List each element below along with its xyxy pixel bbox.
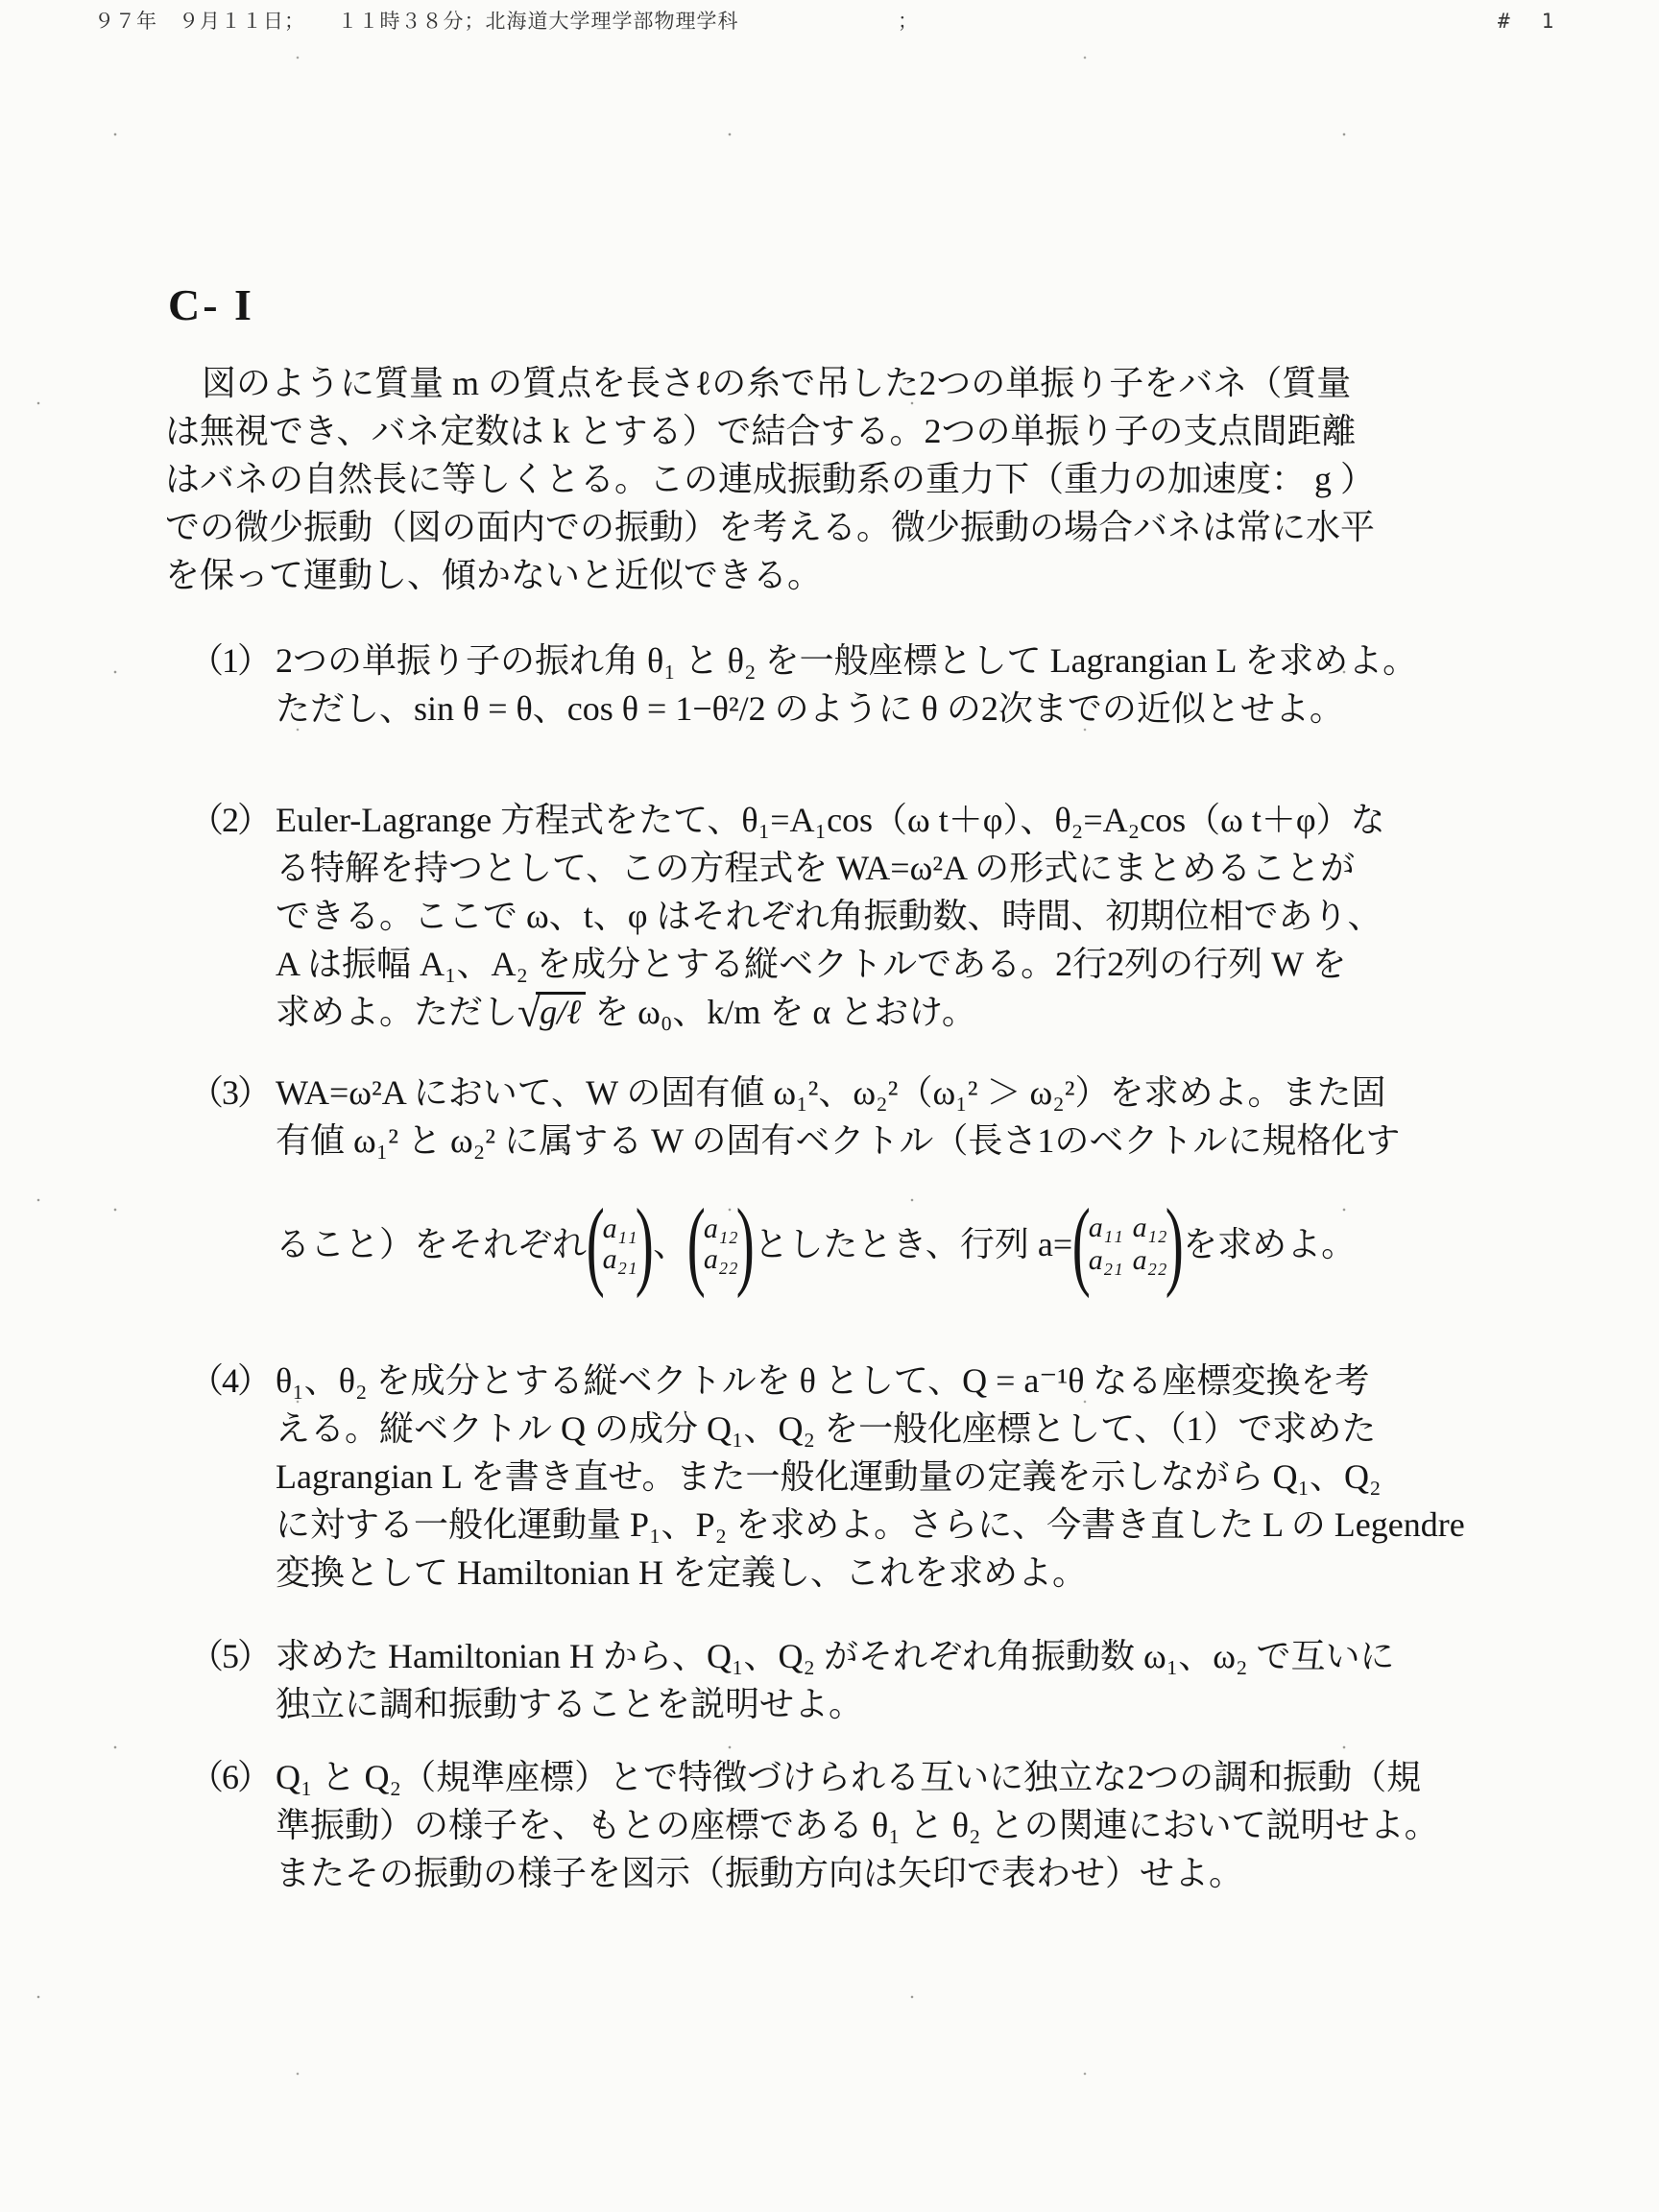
- intro-paragraph: 図のように質量 m の質点を長さℓの糸で吊した2つの単振り子をバネ（質量 は無視…: [165, 359, 1375, 599]
- problem-3-text: WA=ω²A において、W の固有値 ω₁²、ω₂²（ω₁² ＞ ω₂²）を求め…: [276, 1073, 1386, 1112]
- left-paren: (: [587, 1202, 605, 1286]
- problem-6-number: （6）: [189, 1753, 276, 1801]
- problem-1: （1）2つの単振り子の振れ角 θ₁ と θ₂ を一般座標として Lagrangi…: [189, 637, 1417, 733]
- problem-6-text: Q₁ と Q₂（規準座標）とで特徴づけられる互いに独立な2つの調和振動（規: [276, 1758, 1421, 1796]
- right-paren: ): [1165, 1202, 1183, 1286]
- vector-1-bottom: a₂₁: [603, 1244, 637, 1275]
- matrix-line-pre: ること）をそれぞれ: [276, 1220, 587, 1268]
- problem-5-text: 求めた Hamiltonian H から、Q₁、Q₂ がそれぞれ角振動数 ω₁、…: [276, 1637, 1395, 1675]
- sqrt-line-post: を ω₀、k/m を α とおけ。: [586, 993, 976, 1031]
- problem-3-matrix-line: ること）をそれぞれ (a₁₁a₂₁) 、 (a₁₂a₂₂) としたとき、行列 a…: [189, 1191, 1400, 1297]
- problem-6-line-2: 準振動）の様子を、もとの座標である θ₁ と θ₂ との関連において説明せよ。: [189, 1801, 1439, 1849]
- vector-separator: 、: [653, 1220, 687, 1268]
- vector-2-bottom: a₂₂: [704, 1244, 738, 1275]
- fax-header-separator: ；: [898, 6, 919, 35]
- problem-1-number: （1）: [189, 637, 276, 685]
- sqrt-line-pre: 求めよ。ただし: [276, 993, 517, 1031]
- left-paren: (: [687, 1202, 706, 1286]
- problem-1-line-2: ただし、sin θ = θ、cos θ = 1−θ²/2 のように θ の2次ま…: [189, 685, 1417, 733]
- matrix-line-mid: としたとき、行列 a=: [754, 1220, 1072, 1268]
- matrix-line-post: を求めよ。: [1183, 1220, 1356, 1268]
- problem-1-line-1: （1）2つの単振り子の振れ角 θ₁ と θ₂ を一般座標として Lagrangi…: [189, 637, 1417, 685]
- right-paren: ): [635, 1202, 653, 1286]
- matrix-a-r2c2: a₂₂: [1133, 1245, 1167, 1276]
- problem-2-line-2: る特解を持つとして、この方程式を WA=ω²A の形式にまとめることが: [189, 844, 1385, 892]
- problem-6-line-1: （6）Q₁ と Q₂（規準座標）とで特徴づけられる互いに独立な2つの調和振動（規: [189, 1753, 1439, 1801]
- matrix-a-r1c2: a₁₂: [1133, 1213, 1167, 1243]
- problem-2: （2）Euler-Lagrange 方程式をたて、θ₁=A₁cos（ω t＋φ）…: [189, 796, 1385, 1036]
- problem-4-line-1: （4）θ₁、θ₂ を成分とする縦ベクトルを θ として、Q = a⁻¹θ なる座…: [189, 1357, 1465, 1405]
- problem-4-line-2: える。縦ベクトル Q の成分 Q₁、Q₂ を一般化座標として、（1）で求めた: [189, 1405, 1465, 1453]
- intro-line-1: 図のように質量 m の質点を長さℓの糸で吊した2つの単振り子をバネ（質量: [165, 359, 1375, 407]
- problem-2-text: Euler-Lagrange 方程式をたて、θ₁=A₁cos（ω t＋φ）、θ₂…: [276, 801, 1385, 839]
- right-paren: ): [735, 1202, 754, 1286]
- vector-2-top: a₁₂: [704, 1214, 738, 1244]
- scanned-exam-page: ９７年 ９月１１日； １１時３８分；北海道大学理学部物理学科 ； # 1 C- …: [0, 0, 1659, 2212]
- problem-6-line-3: またその振動の様子を図示（振動方向は矢印で表わせ）せよ。: [189, 1849, 1439, 1897]
- problem-set-title: C- I: [168, 283, 254, 327]
- fax-page-number: # 1: [1498, 6, 1559, 35]
- sqrt-expression: √g/ℓ: [517, 988, 586, 1036]
- problem-4-line-3: Lagrangian L を書き直せ。また一般化運動量の定義を示しながら Q₁、…: [189, 1453, 1465, 1501]
- intro-line-3: はバネの自然長に等しくとる。この連成振動系の重力下（重力の加速度： g ）: [165, 455, 1375, 503]
- eigenvector-2: (a₁₂a₂₂): [689, 1202, 752, 1286]
- problem-5-line-1: （5）求めた Hamiltonian H から、Q₁、Q₂ がそれぞれ角振動数 …: [189, 1632, 1395, 1680]
- eigenvector-1: (a₁₁a₂₁): [589, 1202, 651, 1286]
- problem-3-line-1: （3）WA=ω²A において、W の固有値 ω₁²、ω₂²（ω₁² ＞ ω₂²）…: [189, 1069, 1400, 1117]
- intro-line-5: を保って運動し、傾かないと近似できる。: [165, 551, 1375, 599]
- problem-2-line-1: （2）Euler-Lagrange 方程式をたて、θ₁=A₁cos（ω t＋φ）…: [189, 796, 1385, 844]
- problem-2-number: （2）: [189, 796, 276, 844]
- intro-line-2: は無視でき、バネ定数は k とする）で結合する。2つの単振り子の支点間距離: [165, 407, 1375, 455]
- intro-line-4: での微少振動（図の面内での振動）を考える。微少振動の場合バネは常に水平: [165, 503, 1375, 551]
- problem-5-line-2: 独立に調和振動することを説明せよ。: [189, 1680, 1395, 1728]
- problem-4-line-5: 変換として Hamiltonian H を定義し、これを求めよ。: [189, 1549, 1465, 1597]
- problem-4: （4）θ₁、θ₂ を成分とする縦ベクトルを θ として、Q = a⁻¹θ なる座…: [189, 1357, 1465, 1597]
- problem-5-number: （5）: [189, 1632, 276, 1680]
- problem-3-number: （3）: [189, 1069, 276, 1117]
- problem-2-line-4: A は振幅 A₁、A₂ を成分とする縦ベクトルである。2行2列の行列 W を: [189, 940, 1385, 988]
- radicand: g/ℓ: [536, 992, 586, 1029]
- problem-4-line-4: に対する一般化運動量 P₁、P₂ を求めよ。さらに、今書き直した L の Leg…: [189, 1501, 1465, 1549]
- problem-1-text: 2つの単振り子の振れ角 θ₁ と θ₂ を一般座標として Lagrangian …: [276, 641, 1417, 680]
- matrix-a: (a₁₁a₁₂a₂₁a₂₂): [1074, 1202, 1181, 1286]
- problem-4-text: θ₁、θ₂ を成分とする縦ベクトルを θ として、Q = a⁻¹θ なる座標変換…: [276, 1361, 1369, 1400]
- left-paren: (: [1072, 1202, 1091, 1286]
- radical-sign: √: [517, 997, 541, 1029]
- problem-5: （5）求めた Hamiltonian H から、Q₁、Q₂ がそれぞれ角振動数 …: [189, 1632, 1395, 1728]
- problem-2-sqrt-line: 求めよ。ただし√g/ℓ を ω₀、k/m を α とおけ。: [189, 988, 1385, 1036]
- problem-2-line-3: できる。ここで ω、t、φ はそれぞれ角振動数、時間、初期位相であり、: [189, 892, 1385, 940]
- problem-3: （3）WA=ω²A において、W の固有値 ω₁²、ω₂²（ω₁² ＞ ω₂²）…: [189, 1069, 1400, 1297]
- matrix-a-r1c1: a₁₁: [1089, 1213, 1123, 1243]
- fax-date-station: ９７年 ９月１１日； １１時３８分；北海道大学理学部物理学科: [94, 6, 739, 35]
- vector-1-top: a₁₁: [603, 1214, 637, 1244]
- problem-4-number: （4）: [189, 1357, 276, 1405]
- problem-3-line-2: 有値 ω₁² と ω₂² に属する W の固有ベクトル（長さ1のベクトルに規格化…: [189, 1117, 1400, 1165]
- matrix-a-r2c1: a₂₁: [1089, 1245, 1123, 1276]
- problem-6: （6）Q₁ と Q₂（規準座標）とで特徴づけられる互いに独立な2つの調和振動（規…: [189, 1753, 1439, 1897]
